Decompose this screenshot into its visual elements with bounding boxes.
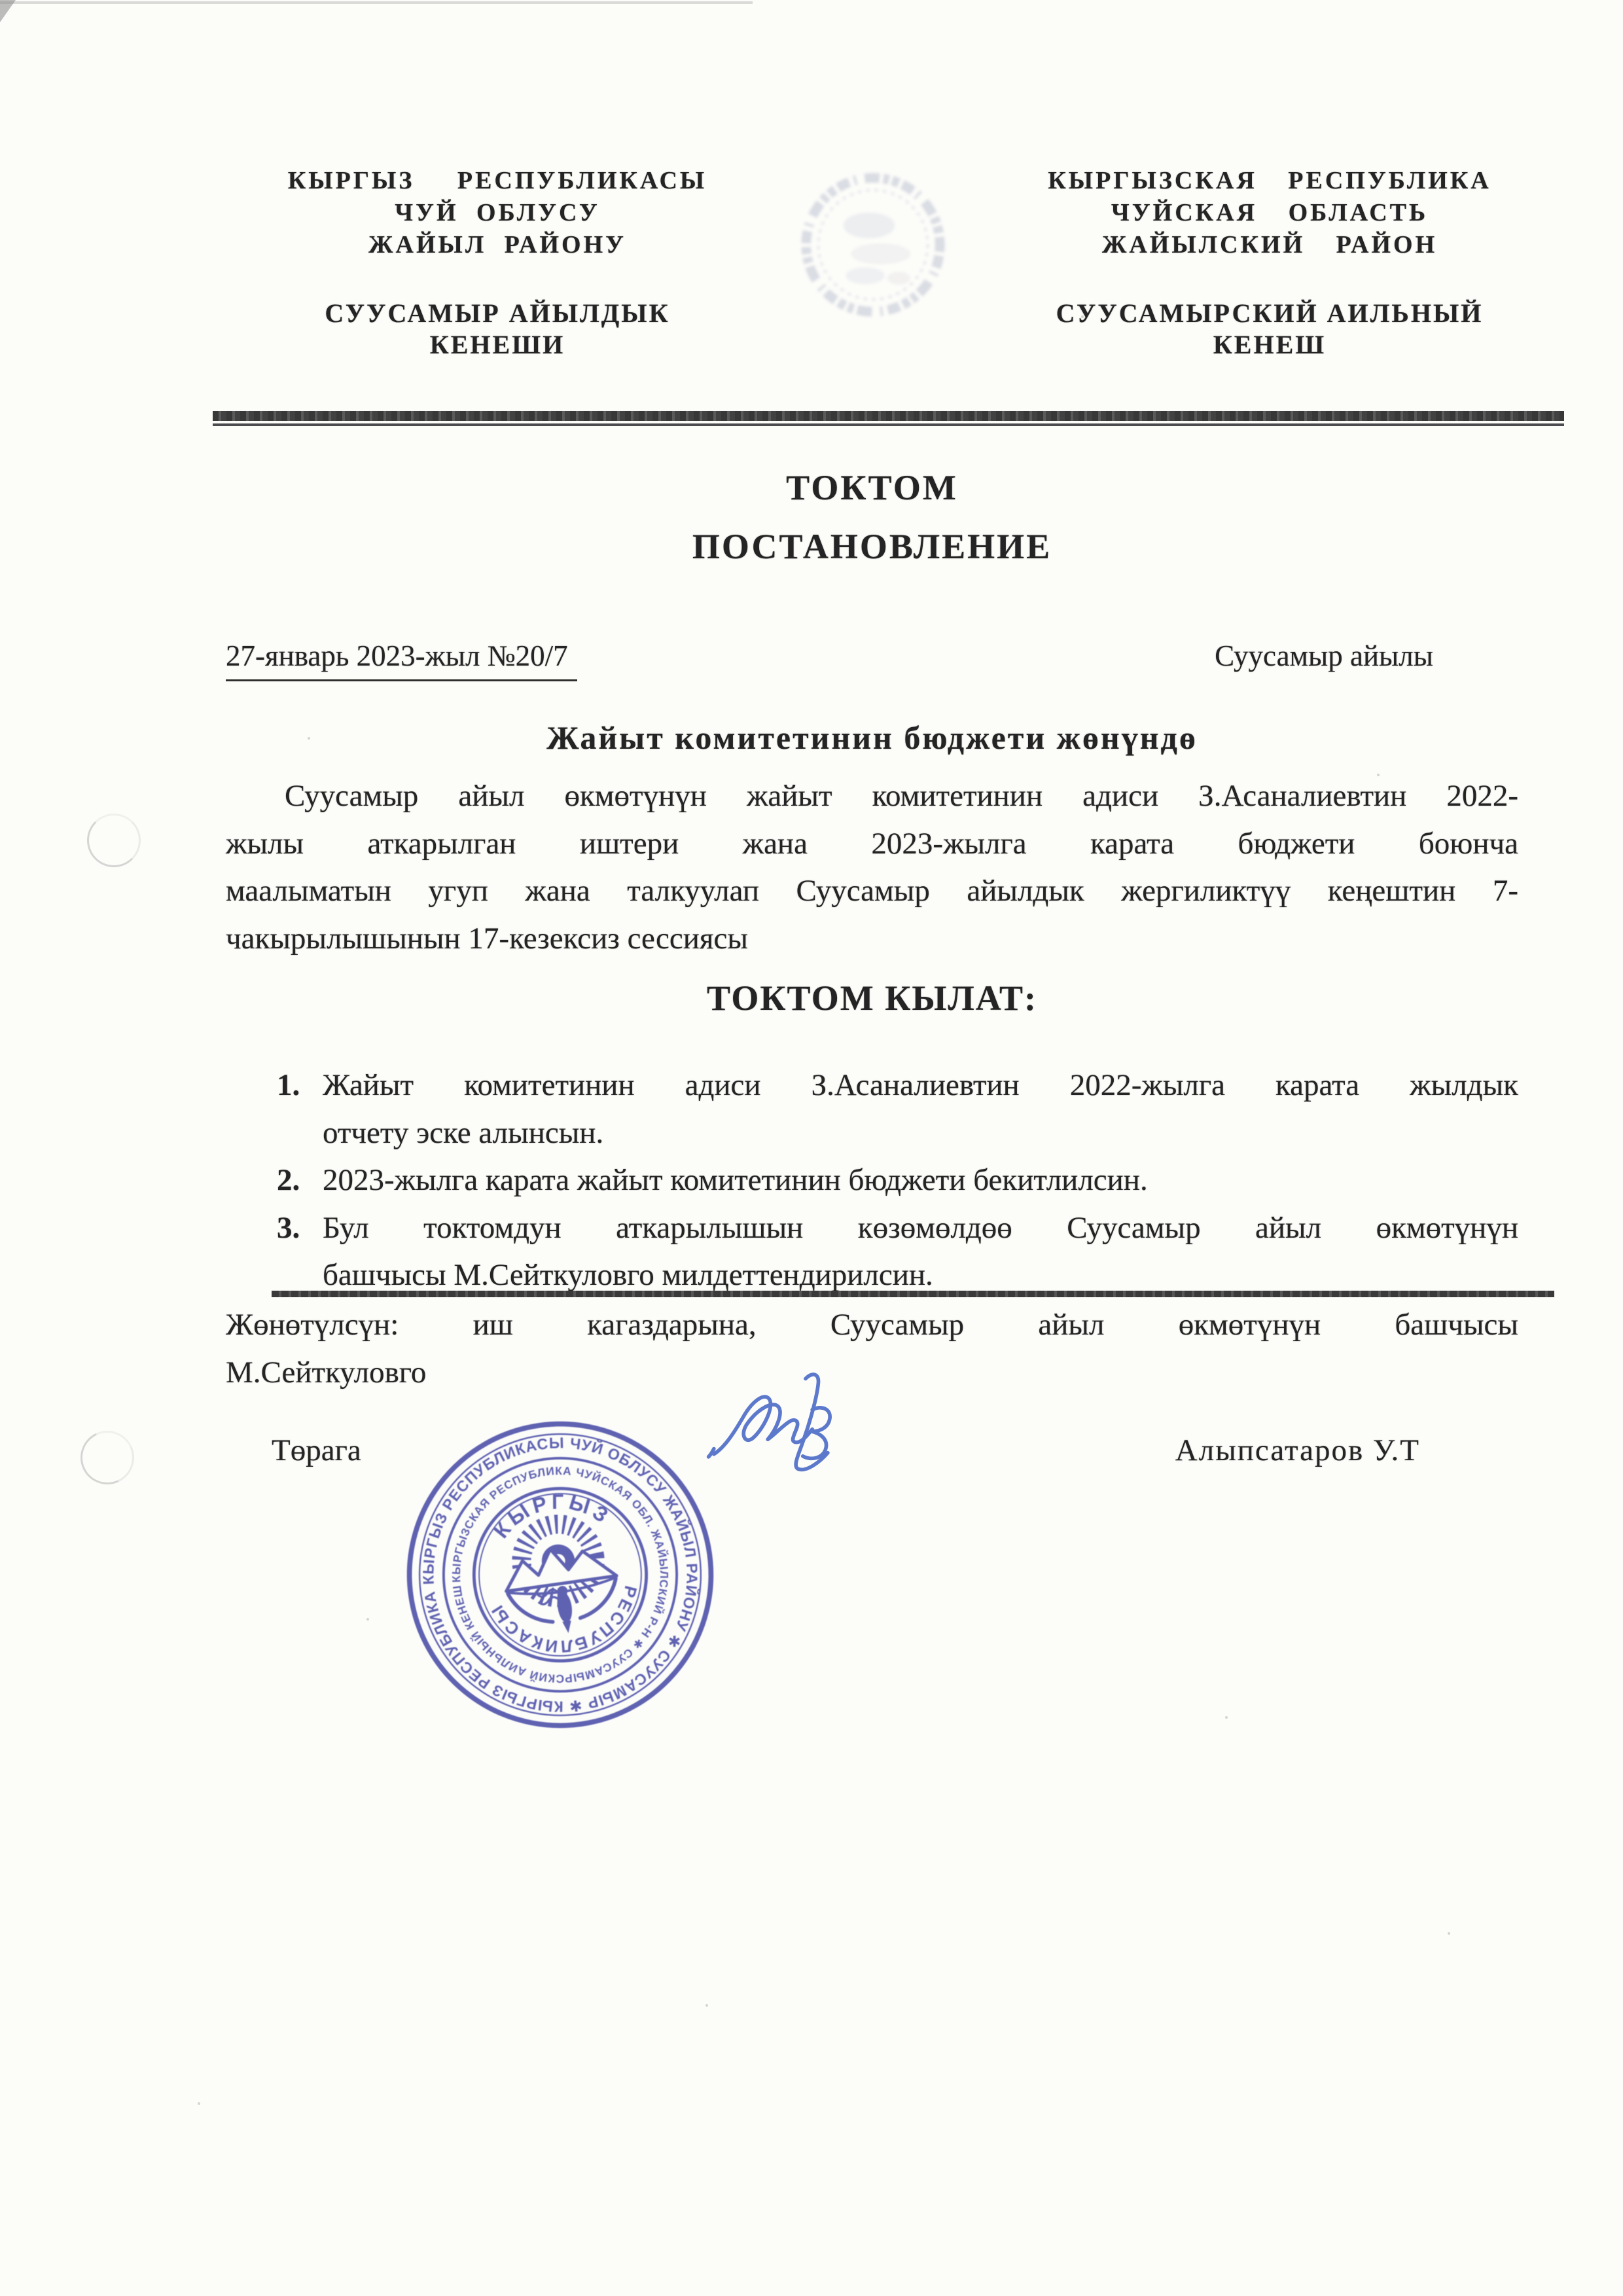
paper-speck xyxy=(1225,1716,1228,1719)
preamble-line: маалыматын угуп жана талкуулап Суусамыр … xyxy=(226,867,1518,915)
org-name-line: СУУСАМЫРСКИЙ АИЛЬНЫЙ xyxy=(1021,298,1518,329)
letterhead-line: КЫРГЫЗСКАЯ РЕСПУБЛИКА xyxy=(1021,165,1518,197)
signature-ink-icon xyxy=(704,1368,867,1482)
letterhead-russian: КЫРГЫЗСКАЯ РЕСПУБЛИКА ЧУЙСКАЯ ОБЛАСТЬ ЖА… xyxy=(1021,165,1518,361)
org-name-line: СУУСАМЫР АЙЫЛДЫК xyxy=(281,298,713,329)
preamble-paragraph: Суусамыр айыл өкмөтүнүн жайыт комитетини… xyxy=(226,772,1518,962)
item-line: Жайыт комитетинин адиси З.Асаналиевтин 2… xyxy=(323,1062,1518,1109)
list-item: 2. 2023-жылга карата жайыт комитетинин б… xyxy=(226,1157,1518,1204)
punch-hole-top xyxy=(87,814,141,867)
footer-divider xyxy=(272,1291,1554,1297)
letterhead-line: ЖАЙЫЛСКИЙ РАЙОН xyxy=(1021,229,1518,261)
list-item: 1. Жайыт комитетинин адиси З.Асаналиевти… xyxy=(226,1062,1518,1157)
ghost-seal-icon xyxy=(796,168,950,322)
scanned-document-page: КЫРГЫЗ РЕСПУБЛИКАСЫ ЧУЙ ОБЛУСУ ЖАЙЫЛ РАЙ… xyxy=(0,0,1623,2296)
paper-speck xyxy=(705,2004,708,2007)
punch-hole-bottom xyxy=(73,1423,141,1492)
paper-speck xyxy=(366,1618,369,1621)
document-title: ТОКТОМ ПОСТАНОВЛЕНИЕ xyxy=(226,458,1518,576)
preamble-line: чакырылышынын 17-кезексиз сессиясы xyxy=(226,915,1518,963)
official-stamp: КЫРГЫЗ РЕСПУБЛИКАСЫ ЧУЙ ОБЛУСУ ЖАЙЫЛ РАЙ… xyxy=(382,1396,740,1754)
faint-seal-imprint xyxy=(796,168,950,322)
scan-edge-streak xyxy=(0,1,753,4)
letterhead-line: ЧУЙ ОБЛУСУ xyxy=(281,197,713,229)
resolution-list: 1. Жайыт комитетинин адиси З.Асаналиевти… xyxy=(226,1062,1518,1299)
letterhead-line: КЫРГЫЗ РЕСПУБЛИКАСЫ xyxy=(281,165,713,197)
paper-speck xyxy=(198,2102,200,2105)
distribution-line: М.Сейткуловго xyxy=(226,1349,1518,1397)
letterhead-kyrgyz: КЫРГЫЗ РЕСПУБЛИКАСЫ ЧУЙ ОБЛУСУ ЖАЙЫЛ РАЙ… xyxy=(281,165,713,361)
title-kyrgyz: ТОКТОМ xyxy=(226,458,1518,517)
place-name: Суусамыр айылы xyxy=(1215,637,1433,681)
preamble-line: Суусамыр айыл өкмөтүнүн жайыт комитетини… xyxy=(226,772,1518,820)
item-number: 3. xyxy=(277,1204,300,1252)
header-divider xyxy=(213,411,1564,426)
item-line: отчету эске алынсын. xyxy=(323,1109,1518,1157)
item-number: 1. xyxy=(277,1062,300,1109)
document-meta-row: 27-январь 2023-жыл №20/7 Суусамыр айылы xyxy=(226,637,1518,681)
subject-heading: Жайыт комитетинин бюджети жөнүндө xyxy=(226,719,1518,757)
item-line: 2023-жылга карата жайыт комитетинин бюдж… xyxy=(323,1157,1518,1204)
list-item: 3. Бул токтомдун аткарылышын көзөмөлдөө … xyxy=(226,1204,1518,1299)
org-name-line: КЕНЕШ xyxy=(1021,329,1518,361)
item-line: Бул токтомдун аткарылышын көзөмөлдөө Суу… xyxy=(323,1204,1518,1252)
letterhead-line: ЖАЙЫЛ РАЙОНУ xyxy=(281,229,713,261)
stamp-seal-icon: КЫРГЫЗ РЕСПУБЛИКАСЫ ЧУЙ ОБЛУСУ ЖАЙЫЛ РАЙ… xyxy=(382,1396,740,1754)
title-russian: ПОСТАНОВЛЕНИЕ xyxy=(226,517,1518,576)
resolution-heading: ТОКТОМ КЫЛАТ: xyxy=(226,978,1518,1018)
signer-name: Алыпсатаров У.Т xyxy=(1175,1431,1420,1470)
item-number: 2. xyxy=(277,1157,300,1204)
date-and-number: 27-январь 2023-жыл №20/7 xyxy=(226,637,577,681)
distribution-line: Жөнөтүлсүн: иш кагаздарына, Суусамыр айы… xyxy=(226,1301,1518,1349)
org-name-line: КЕНЕШИ xyxy=(281,329,713,361)
letterhead-line: ЧУЙСКАЯ ОБЛАСТЬ xyxy=(1021,197,1518,229)
preamble-line: жылы аткарылган иштери жана 2023-жылга к… xyxy=(226,820,1518,868)
paper-speck xyxy=(1448,1932,1450,1935)
signer-role: Төрага xyxy=(226,1431,361,1470)
distribution-note: Жөнөтүлсүн: иш кагаздарына, Суусамыр айы… xyxy=(226,1301,1518,1396)
handwritten-signature xyxy=(704,1368,867,1482)
